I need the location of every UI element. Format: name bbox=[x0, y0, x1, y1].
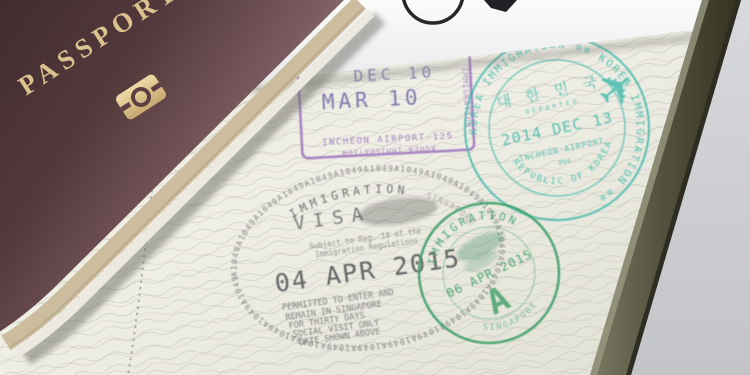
passport-stamps-photo: DEC 10 MAR 10 INCHEON AIRPORT-125 IMMIGR… bbox=[0, 0, 750, 375]
photo-canvas: DEC 10 MAR 10 INCHEON AIRPORT-125 IMMIGR… bbox=[0, 0, 750, 375]
